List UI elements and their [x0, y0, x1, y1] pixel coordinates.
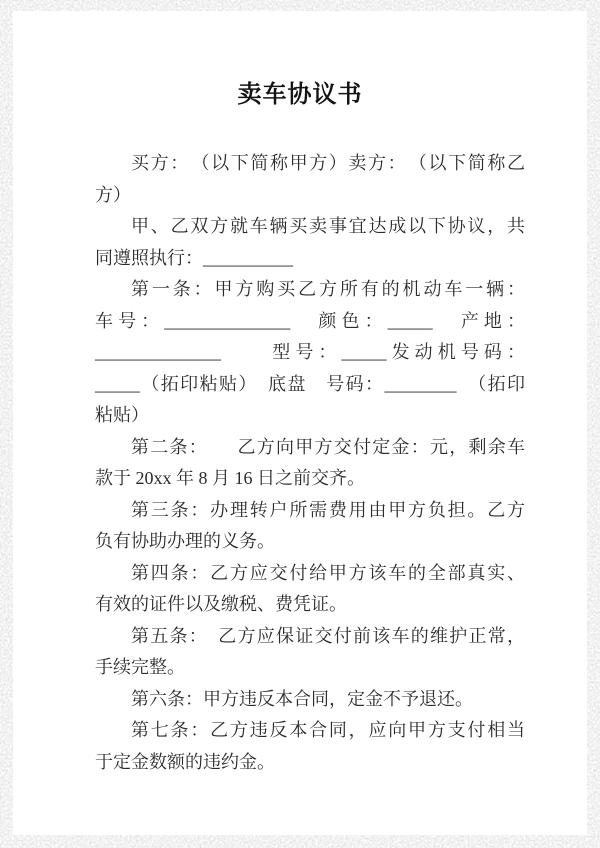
- text-line: 第二条： 乙方向甲方交付定金：元，剩余车: [95, 432, 525, 464]
- text-line: 手续完整。: [95, 652, 525, 684]
- text-line: 第三条：办理转户所需费用由甲方负担。乙方: [95, 495, 525, 527]
- text-line: 第六条：甲方违反本合同，定金不予退还。: [95, 684, 525, 716]
- text-line: 第七条：乙方违反本合同，应向甲方支付相当: [95, 715, 525, 747]
- text-line: 款于 20xx 年 8 月 16 日之前交齐。: [95, 463, 525, 495]
- text-line: 同遵照执行：__________: [95, 243, 525, 275]
- text-line: 于定金数额的违约金。: [95, 747, 525, 779]
- text-line: 方）: [95, 180, 525, 212]
- document-title: 卖车协议书: [0, 74, 600, 109]
- text-line: _____（拓印粘贴） 底盘 号码：________ （拓印: [95, 369, 525, 401]
- text-line: 负有协助办理的义务。: [95, 526, 525, 558]
- text-line: 买方： （以下简称甲方）卖方： （以下简称乙: [95, 148, 525, 180]
- text-line: 第五条： 乙方应保证交付前该车的维护正常，: [95, 621, 525, 653]
- text-line: 第四条：乙方应交付给甲方该车的全部真实、: [95, 558, 525, 590]
- text-line: 车号：______________ 颜色：_____ 产地：: [95, 306, 525, 338]
- text-line: 第一条：甲方购买乙方所有的机动车一辆：: [95, 274, 525, 306]
- document-body: 买方： （以下简称甲方）卖方： （以下简称乙方）甲、乙双方就车辆买卖事宜达成以下…: [95, 148, 525, 778]
- text-line: 粘贴）: [95, 400, 525, 432]
- text-line: 甲、乙双方就车辆买卖事宜达成以下协议，共: [95, 211, 525, 243]
- document-page: 卖车协议书 买方： （以下简称甲方）卖方： （以下简称乙方）甲、乙双方就车辆买卖…: [0, 0, 600, 848]
- text-line: 有效的证件以及缴税、费凭证。: [95, 589, 525, 621]
- text-line: ______________ 型号：_____发动机号码：: [95, 337, 525, 369]
